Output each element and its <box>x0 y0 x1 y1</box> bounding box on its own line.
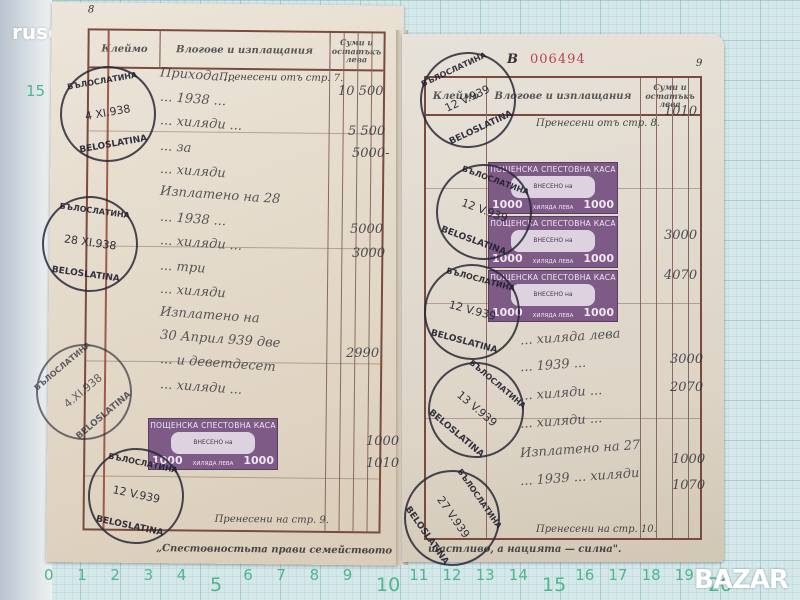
ruler-number: 3 <box>144 566 154 584</box>
amount: 3000 <box>664 228 697 243</box>
ruler-number: 7 <box>276 566 286 584</box>
stamp-inner: ВНЕСЕНО на <box>171 432 255 454</box>
amount: 1000 <box>672 452 705 467</box>
stamp-words: ХИЛЯДА ЛЕВА <box>489 259 617 265</box>
column-line <box>640 78 641 538</box>
page-number: 9 <box>696 58 702 69</box>
amount: 1010 <box>664 104 697 119</box>
ruler-number: 8 <box>310 566 320 584</box>
ruler-number: 13 <box>476 566 495 584</box>
handwritten-line: ... три <box>160 258 206 276</box>
amount: 5000- <box>352 146 389 161</box>
ruler-number: 17 <box>608 566 627 584</box>
column-line <box>352 33 358 531</box>
column-line <box>672 78 673 538</box>
header-stamp: Клеймо <box>89 30 160 67</box>
amount: 2990 <box>346 346 379 361</box>
ruler-number: 4 <box>177 566 187 584</box>
motto: „Спестовностьта прави семейството <box>156 543 392 556</box>
bazar-logo: BAZAR <box>694 565 788 595</box>
ruler-number: 11 <box>409 566 428 584</box>
postmark-date: 28 XI.938 <box>44 230 137 256</box>
carried-to: Пренесени на стр. 9. <box>215 514 329 526</box>
amount: 5000 <box>350 222 383 237</box>
ruler-number: 1 <box>77 566 87 584</box>
amount: 1010 <box>366 456 399 471</box>
amount: 3000 <box>352 246 385 261</box>
header-entries: Влогове и изплащания <box>159 31 330 69</box>
ruler-number: 10 <box>376 574 400 596</box>
serial-digits: 006494 <box>530 52 586 67</box>
ruler-number: 9 <box>343 566 353 584</box>
ruler-number: 2 <box>110 566 120 584</box>
ruler-number: 6 <box>243 566 253 584</box>
carried-from: Пренесени отъ стр. 8. <box>536 118 660 129</box>
page-number: 8 <box>88 4 94 15</box>
column-line <box>656 78 657 538</box>
amount: 1070 <box>672 478 705 493</box>
column-line <box>688 78 689 538</box>
amount: 1000 <box>366 434 399 449</box>
ruler-number: 5 <box>210 574 222 596</box>
postmark-date: 4 XI.938 <box>61 98 154 127</box>
amount: 5 500 <box>348 124 385 139</box>
postmark-date: 12 V.939 <box>426 292 518 328</box>
column-line <box>338 33 344 531</box>
serial-number: B006494 <box>507 52 586 67</box>
postmark-date: 12 V.939 <box>90 479 183 511</box>
column-line <box>324 33 330 531</box>
ruler-number: 19 <box>675 566 694 584</box>
ruler-number: 14 <box>509 566 528 584</box>
table-header: Клеймо Влогове и изплащания Суми и остат… <box>89 30 383 71</box>
ruler-left-number: 15 <box>26 82 45 100</box>
ruler-number: 18 <box>642 566 661 584</box>
carried-from: Пренесени отъ стр. 7. <box>219 72 343 84</box>
postmark-date: 12 V.939 <box>439 189 530 233</box>
ruler-number: 0 <box>44 566 54 584</box>
amount: 2070 <box>670 380 703 395</box>
amount: 3000 <box>670 352 703 367</box>
serial-letter: B <box>507 52 518 67</box>
ruler-number: 15 <box>542 574 566 596</box>
stamp-title: ПОЩЕНСКА СПЕСТОВНА КАСА <box>149 421 277 430</box>
carried-to: Пренесени на стр. 10. <box>536 524 657 535</box>
amount: 4070 <box>664 268 697 283</box>
stamp-inner: ВНЕСЕНО на <box>511 284 595 306</box>
ruler-number: 16 <box>575 566 594 584</box>
handwritten-line: ... за <box>160 139 192 156</box>
amount: 10 500 <box>338 84 384 99</box>
